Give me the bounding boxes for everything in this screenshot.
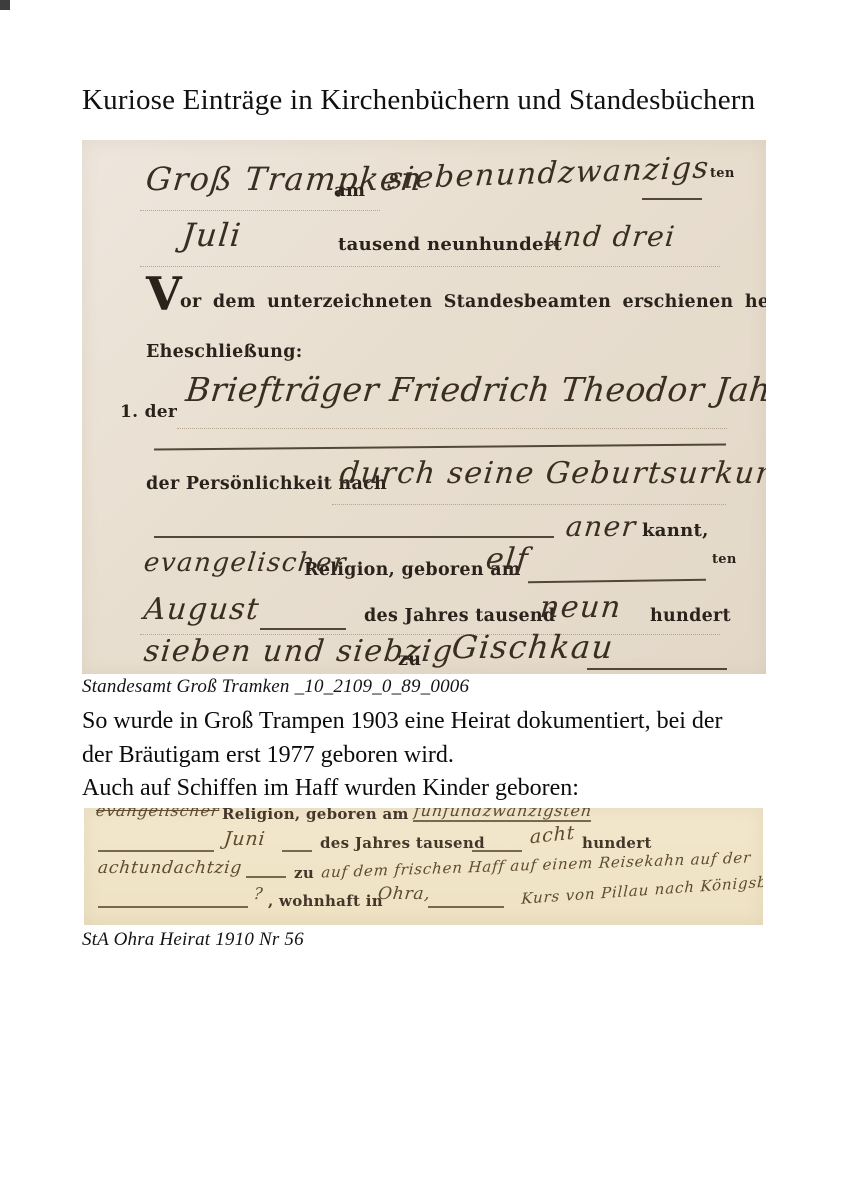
handwritten-day-underlined: fünfundzwanzigsten: [413, 808, 593, 822]
document-page: Kuriose Einträge in Kirchenbüchern und S…: [0, 0, 849, 1200]
form-line-rule: [98, 850, 214, 852]
printed-year-prefix: tausend neunhundert: [338, 234, 562, 255]
handwritten-birth-day: elf: [484, 542, 531, 577]
handwritten-acht: acht: [530, 822, 575, 849]
handwritten-aner: aner: [564, 510, 638, 543]
printed-religion-geboren: Religion, geboren am: [222, 808, 409, 823]
handwritten-year: und drei: [542, 220, 677, 253]
baseline-dotted: [177, 428, 727, 429]
handwritten-month: Juli: [180, 216, 244, 254]
form-line-rule: [260, 628, 346, 630]
printed-zu: zu: [294, 864, 314, 882]
form-line-rule: [98, 906, 248, 908]
printed-zu: zu: [398, 650, 421, 670]
printed-am: am: [334, 180, 365, 201]
scan2-source-caption: StA Ohra Heirat 1910 Nr 56: [82, 929, 304, 951]
printed-des-jahres: des Jahres tausend: [320, 834, 485, 852]
printed-eheschliessung: Eheschließung:: [146, 342, 303, 362]
ships-heading: Auch auf Schiffen im Haff wurden Kinder …: [82, 771, 579, 805]
printed-wohnhaft-in: , wohnhaft in: [268, 892, 383, 910]
form-line-rule: [428, 906, 504, 908]
form-line-rule: [472, 850, 522, 852]
form-line-rule: [246, 876, 286, 878]
handwritten-haff-note: auf dem frischen Haff auf einem Reisekah…: [321, 849, 752, 882]
printed-des-jahres: des Jahres tausend: [364, 606, 555, 626]
printed-ten-suffix: ten: [710, 166, 735, 181]
printed-hundert: hundert: [650, 606, 731, 626]
baseline-dotted: [140, 210, 380, 211]
form-line-rule: [154, 444, 726, 451]
form-line-rule: [154, 536, 554, 538]
handwritten-birth-month: August: [142, 592, 262, 627]
baseline-dotted: [140, 266, 720, 267]
baseline-dotted: [332, 504, 726, 505]
form-line-rule: [587, 668, 727, 670]
scan-corner-artifact: [0, 0, 10, 10]
printed-kannt: kannt,: [642, 520, 709, 541]
handwritten-year: achtundachtzig: [97, 858, 243, 878]
handwritten-route-note: Kurs von Pillau nach Königsberg): [521, 870, 763, 907]
printed-form-text: or dem unterzeichneten Standesbeamten er…: [180, 292, 766, 312]
scan-image-ship-birth-record: evangelischer Religion, geboren am fünfu…: [84, 808, 763, 925]
form-line-rule: [528, 579, 706, 583]
handwritten-neun: neun: [538, 590, 623, 625]
handwritten-question-mark: ?: [253, 884, 264, 903]
printed-initial-v: V: [146, 276, 182, 313]
printed-number-der: 1. der: [120, 402, 177, 422]
handwritten-day: siebenundzwanzigs: [386, 150, 710, 196]
handwritten-month: Juni: [223, 828, 267, 850]
page-title: Kuriose Einträge in Kirchenbüchern und S…: [82, 84, 755, 117]
scan1-source-caption: Standesamt Groß Tramken _10_2109_0_89_00…: [82, 676, 469, 698]
handwritten-birth-place: Gischkau: [450, 628, 616, 666]
handwritten-place: Groß Trampken: [144, 160, 425, 198]
handwritten-residence: Ohra,: [377, 884, 432, 904]
handwritten-religion-struck: evangelischer: [95, 808, 220, 820]
scan-image-marriage-record-1903: Groß Trampken am siebenundzwanzigs ten J…: [82, 140, 766, 674]
printed-ten-suffix: ten: [712, 552, 737, 567]
handwritten-groom-name: Briefträger Friedrich Theodor Jahren: [184, 370, 766, 409]
form-line-rule: [642, 198, 702, 200]
printed-hundert: hundert: [582, 834, 652, 852]
handwritten-identity-proof: durch seine Geburtsurkunde: [338, 456, 766, 491]
form-line-rule: [282, 850, 312, 852]
commentary-paragraph: So wurde in Groß Trampen 1903 eine Heira…: [82, 704, 758, 772]
